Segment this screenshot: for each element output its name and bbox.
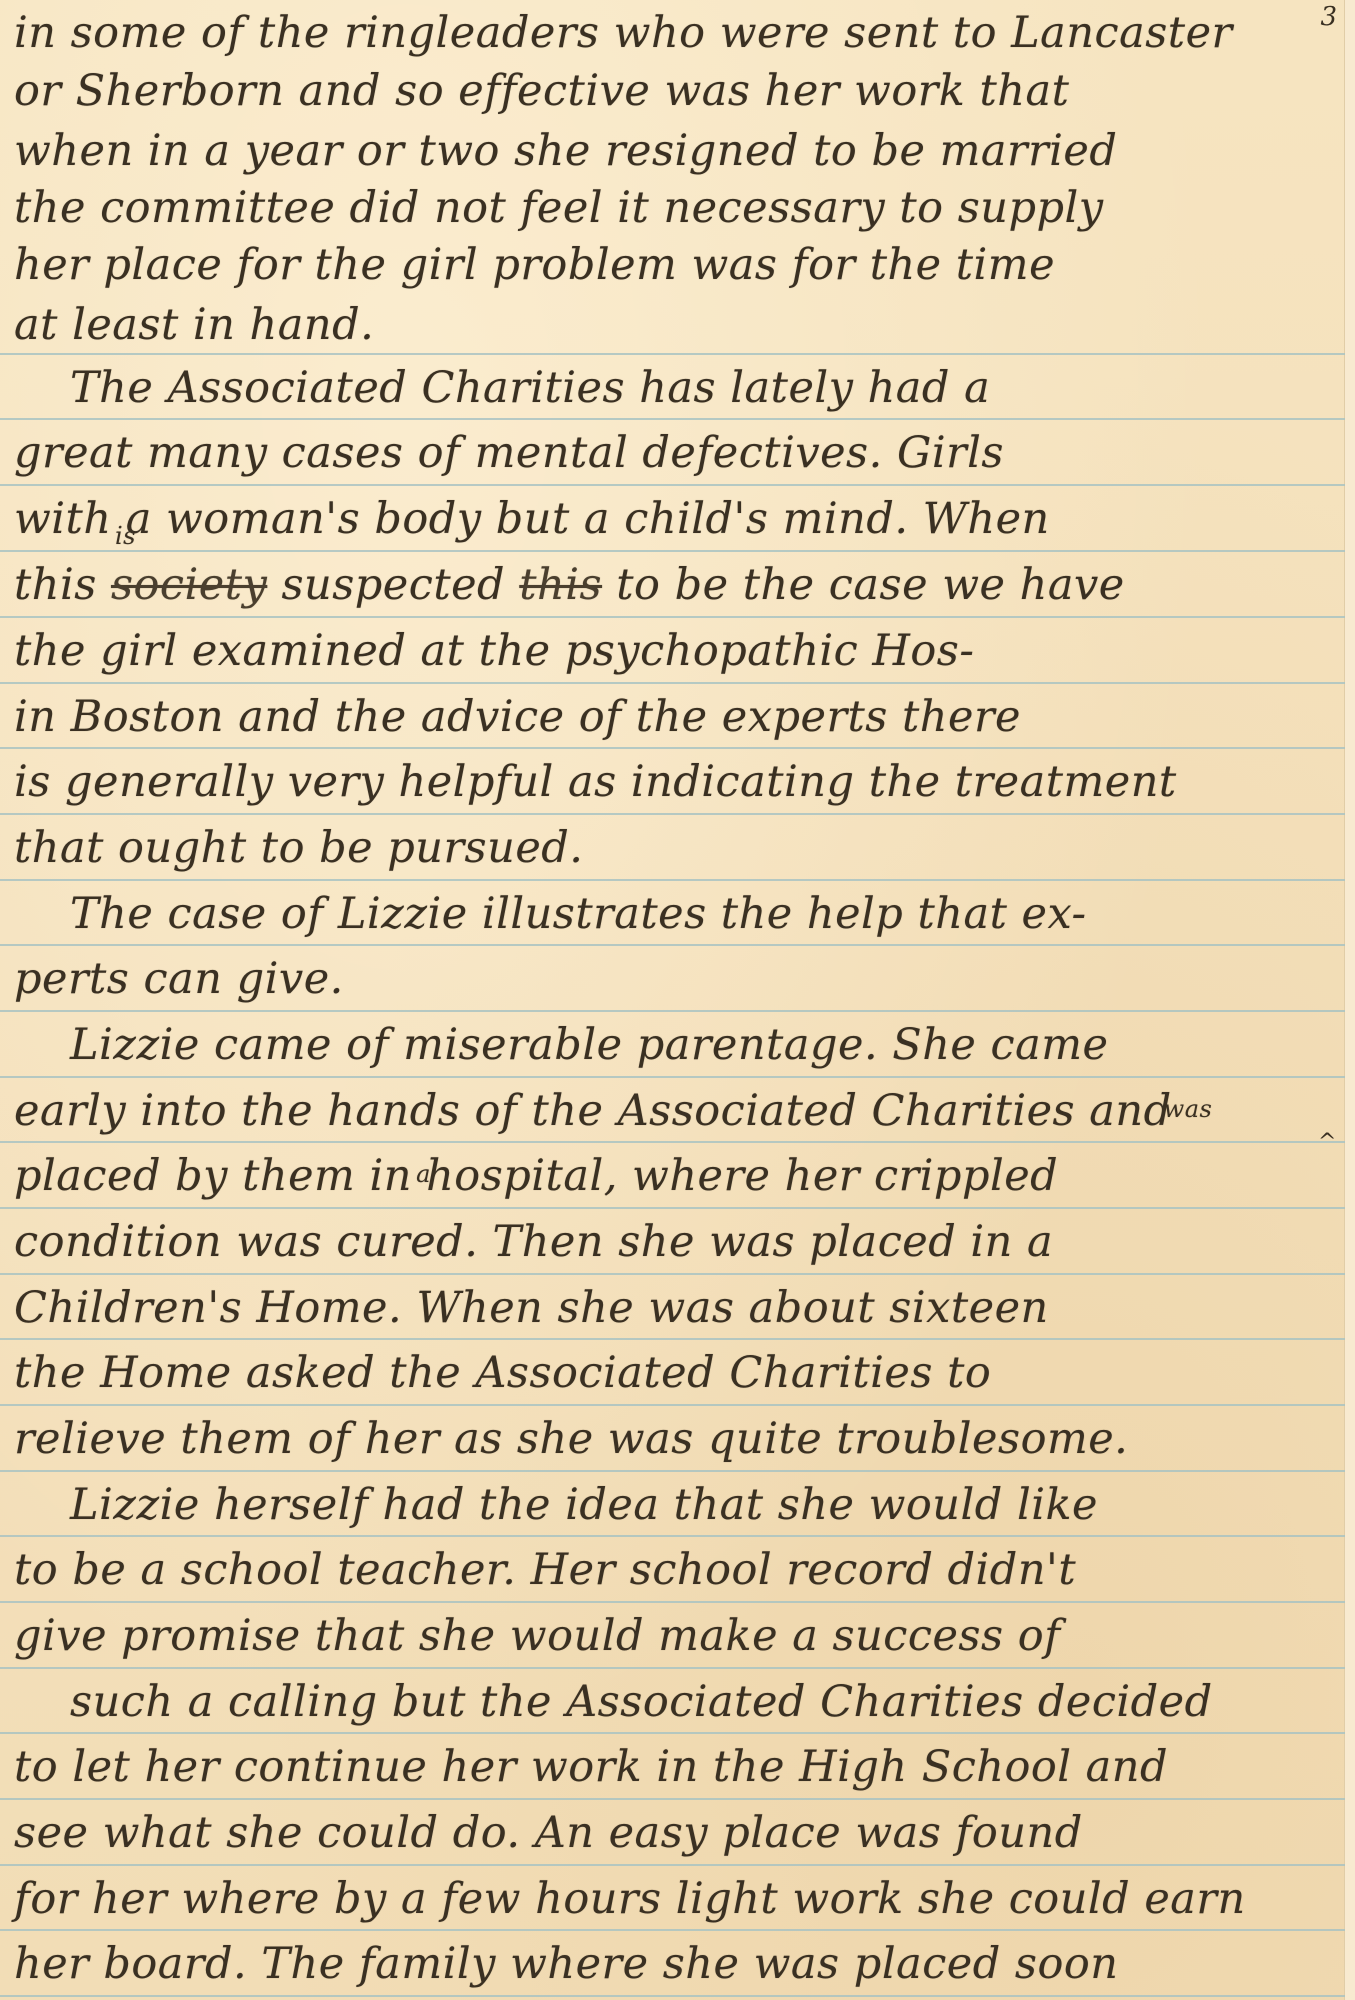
inserted-word: is bbox=[115, 524, 136, 548]
struck-word: this bbox=[519, 560, 602, 610]
manuscript-line: in Boston and the advice of the experts … bbox=[14, 684, 1334, 750]
manuscript-line: the Home asked the Associated Charities … bbox=[14, 1340, 1334, 1406]
text-segment: placed by them in bbox=[14, 1151, 426, 1201]
manuscript-line: that ought to be pursued. bbox=[14, 815, 1334, 881]
manuscript-line: The case of Lizzie illustrates the help … bbox=[70, 881, 1355, 947]
manuscript-line: The Associated Charities has lately had … bbox=[70, 355, 1355, 421]
manuscript-page: 3 in some of the ringleaders who were se… bbox=[0, 0, 1355, 2000]
manuscript-line: in some of the ringleaders who were sent… bbox=[14, 0, 1334, 66]
text-segment: suspected bbox=[267, 560, 519, 610]
inserted-word: was bbox=[1164, 1097, 1213, 1121]
manuscript-line-with-corrections: this issociety suspected this to be the … bbox=[14, 552, 1334, 618]
manuscript-line: for her where by a few hours light work … bbox=[14, 1866, 1334, 1932]
manuscript-line: great many cases of mental defectives. G… bbox=[14, 420, 1334, 486]
manuscript-line: see what she could do. An easy place was… bbox=[14, 1800, 1334, 1866]
manuscript-line: Lizzie came of miserable parentage. She … bbox=[70, 1012, 1355, 1078]
manuscript-line: at least in hand. bbox=[14, 292, 1334, 358]
manuscript-line: condition was cured. Then she was placed… bbox=[14, 1209, 1334, 1275]
manuscript-line: Lizzie herself had the idea that she wou… bbox=[70, 1472, 1355, 1538]
manuscript-line-with-insertion: early into the hands of the Associated C… bbox=[14, 1078, 1334, 1144]
text-segment: hospital, where her crippled bbox=[426, 1151, 1058, 1201]
manuscript-line: Children's Home. When she was about sixt… bbox=[14, 1275, 1334, 1341]
manuscript-line: to let her continue her work in the High… bbox=[14, 1734, 1334, 1800]
manuscript-line: to be a school teacher. Her school recor… bbox=[14, 1537, 1334, 1603]
manuscript-line: such a calling but the Associated Charit… bbox=[70, 1669, 1355, 1735]
manuscript-line: perts can give. bbox=[14, 946, 1334, 1012]
manuscript-line-with-insertion: placed by them in ahospital, where her c… bbox=[14, 1143, 1334, 1209]
text-segment: this bbox=[14, 560, 111, 610]
struck-word: society bbox=[111, 560, 267, 610]
manuscript-line: her board. The family where she was plac… bbox=[14, 1931, 1334, 1997]
manuscript-line: give promise that she would make a succe… bbox=[14, 1603, 1334, 1669]
manuscript-line: or Sherborn and so effective was her wor… bbox=[14, 58, 1334, 124]
manuscript-line: is generally very helpful as indicating … bbox=[14, 749, 1334, 815]
inserted-word: a bbox=[416, 1162, 431, 1186]
text-segment: to be the case we have bbox=[602, 560, 1125, 610]
manuscript-line: with a woman's body but a child's mind. … bbox=[14, 486, 1334, 552]
manuscript-line: relieve them of her as she was quite tro… bbox=[14, 1406, 1334, 1472]
insertion: issociety bbox=[111, 552, 267, 618]
manuscript-line: her place for the girl problem was for t… bbox=[14, 232, 1334, 298]
manuscript-line: the girl examined at the psychopathic Ho… bbox=[14, 618, 1334, 684]
text-segment: early into the hands of the Associated C… bbox=[14, 1086, 1172, 1136]
